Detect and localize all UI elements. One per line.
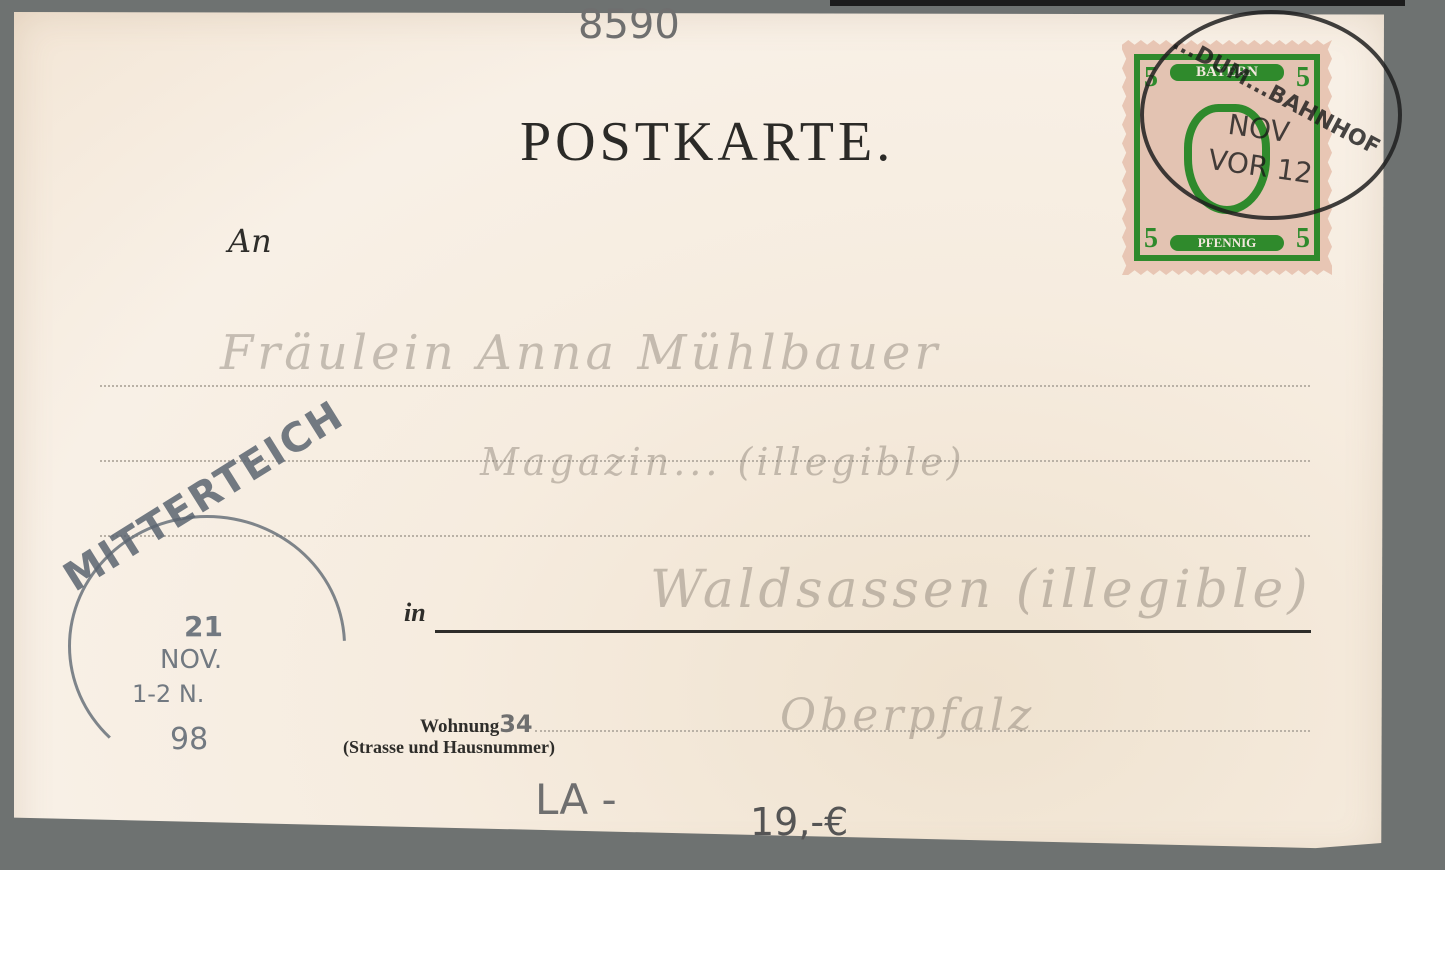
- handwritten-address-3: Waldsassen (illegible): [650, 560, 1312, 620]
- handwritten-address-1: Fräulein Anna Mühlbauer: [220, 325, 941, 381]
- stamp-denomination-br: 5: [1296, 223, 1310, 255]
- pencil-catalog-number: 8590: [578, 2, 680, 48]
- wohnung-sub-label: (Strasse und Hausnummer): [343, 737, 555, 758]
- address-prefix: An: [228, 222, 272, 260]
- postmark-month: NOV.: [160, 645, 222, 675]
- stamp-denomination-bl: 5: [1144, 223, 1158, 255]
- handwritten-address-2: Magazin... (illegible): [480, 440, 966, 484]
- wohnung-pencil-value: 34: [499, 710, 532, 738]
- pencil-note-la: LA -: [535, 775, 617, 824]
- pencil-price: 19,-€: [750, 800, 848, 844]
- destination-line: [435, 630, 1311, 633]
- postcard-title: POSTKARTE.: [520, 110, 894, 174]
- wohnung-label-text: Wohnung: [420, 716, 499, 737]
- scan-edge-bar: [830, 0, 1405, 6]
- handwritten-address-4: Oberpfalz: [780, 690, 1035, 741]
- wohnung-label: Wohnung34: [420, 710, 533, 738]
- destination-label: in: [404, 598, 426, 628]
- stamp-unit: PFENNIG: [1170, 235, 1284, 251]
- postmark-day: 21: [184, 610, 223, 643]
- postmark-year: 98: [170, 722, 208, 757]
- postmark-time: 1-2 N.: [132, 680, 204, 708]
- address-line-1: [100, 385, 1310, 387]
